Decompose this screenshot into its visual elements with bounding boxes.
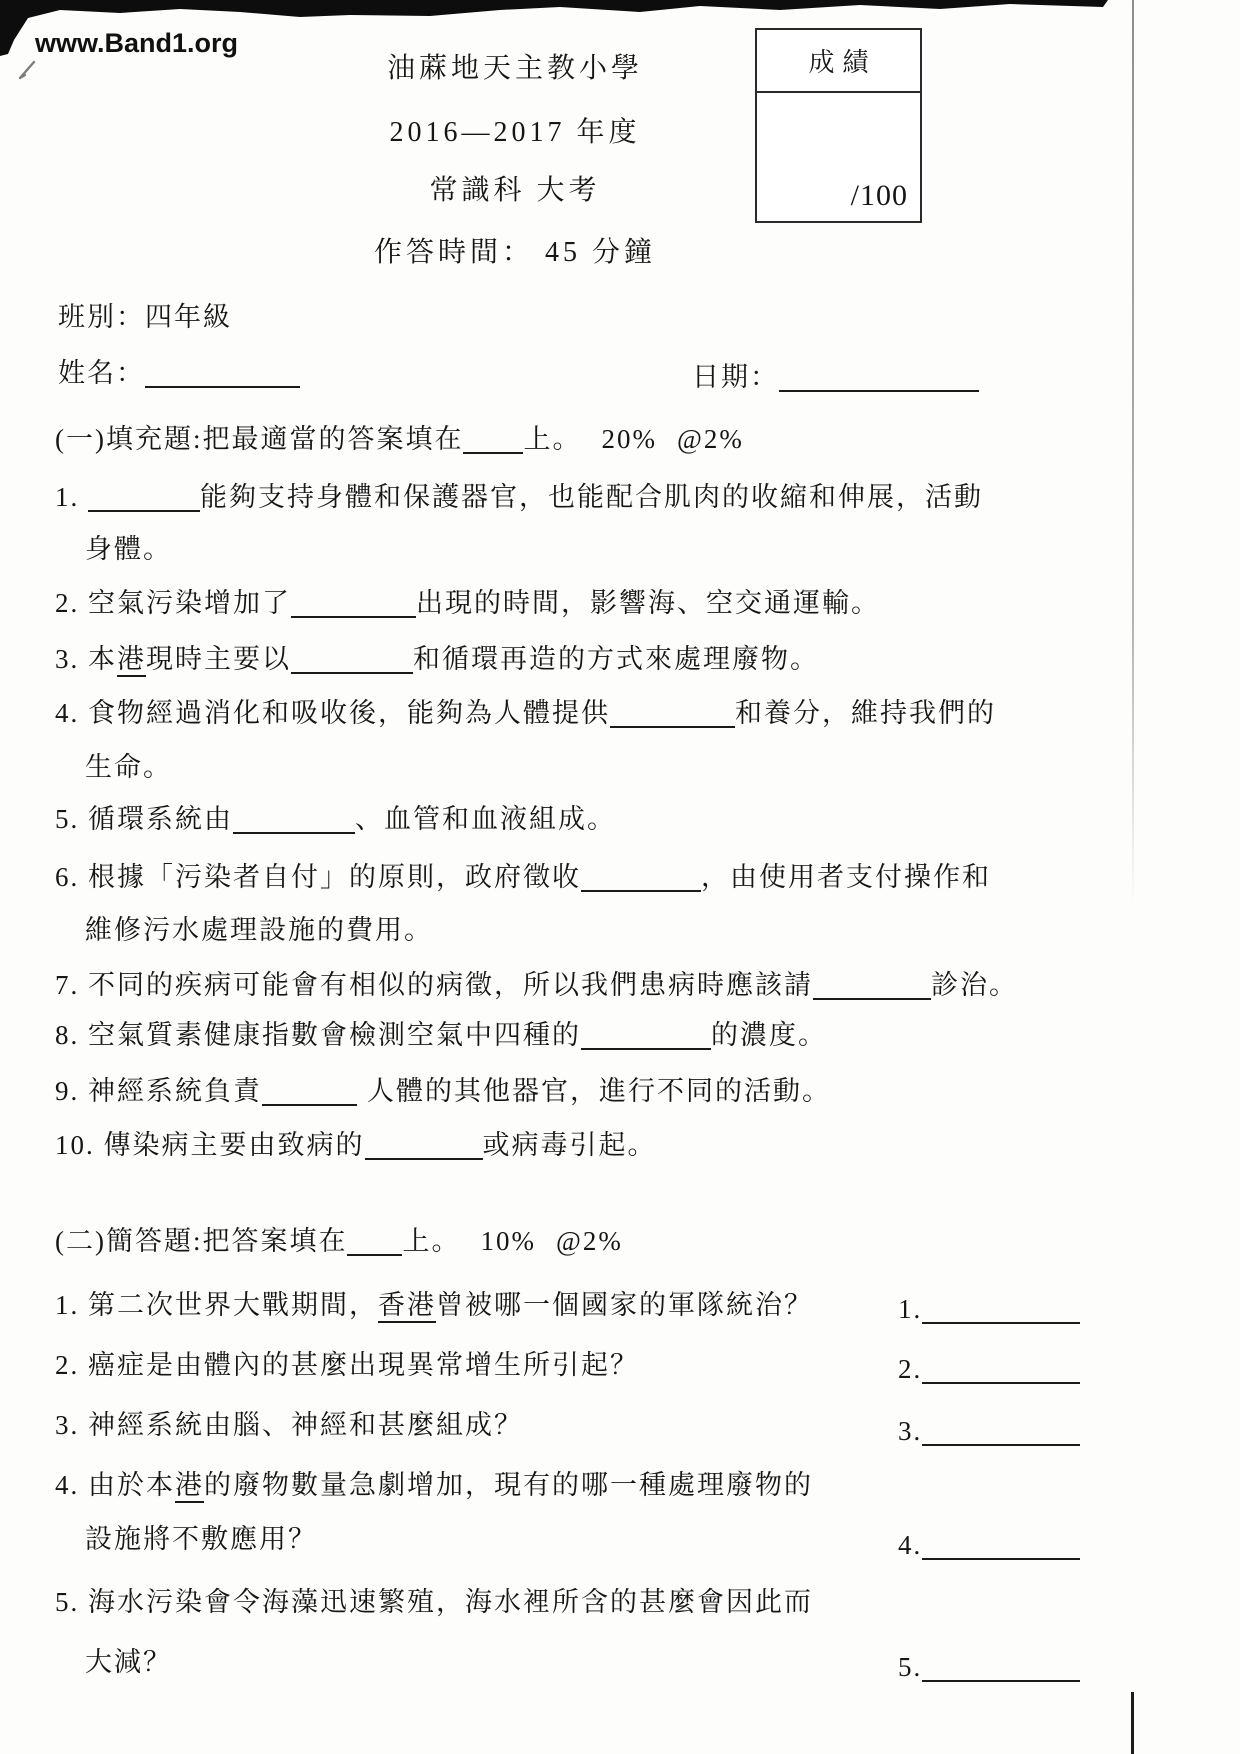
section1-title: (一)填充題:把最適當的答案填在上。20%@2% (55, 422, 744, 456)
s2-answer-5: 5. (898, 1650, 1080, 1684)
s1-q5: 5. 循環系統由、血管和血液組成。 (55, 802, 616, 836)
s1-q4-line2: 生命。 (85, 750, 172, 784)
school-year: 2016—2017 年度 (320, 110, 710, 150)
exam-title: 常識科 大考 (320, 168, 710, 208)
s1-q2: 2. 空氣污染增加了出現的時間，影響海、空交通運輸。 (55, 586, 880, 620)
scan-line-bottom-right (1131, 1692, 1134, 1754)
s2-q4-line1: 4. 由於本港的廢物數量急劇增加，現有的哪一種處理廢物的 (55, 1468, 813, 1502)
s1-q4-line1: 4. 食物經過消化和吸收後，能夠為人體提供和養分，維持我們的 (55, 696, 996, 730)
s1-q7: 7. 不同的疾病可能會有相似的病徵，所以我們患病時應該請診治。 (55, 968, 1018, 1002)
exam-paper-page: www.Band1.org 油蔴地天主教小學 2016—2017 年度 常識科 … (0, 0, 1240, 1754)
s2-answer-4: 4. (898, 1528, 1080, 1562)
date-field: 日期： (692, 360, 979, 394)
section2-title: (二)簡答題:把答案填在上。10%@2% (55, 1224, 623, 1258)
s2-q2: 2. 癌症是由體內的甚麼出現異常增生所引起？ (55, 1348, 639, 1382)
exam-duration: 作答時間： 45 分鐘 (320, 230, 710, 270)
s1-q6-line1: 6. 根據「污染者自付」的原則，政府徵收，由使用者支付操作和 (55, 860, 991, 894)
s2-q3: 3. 神經系統由腦、神經和甚麼組成？ (55, 1408, 523, 1442)
s2-q5-line2: 大減？ (85, 1645, 172, 1679)
class-label: 班別：四年級 (58, 300, 232, 334)
score-box-label: 成績 (757, 30, 920, 93)
s2-answer-1: 1. (898, 1292, 1080, 1326)
s2-q1: 1. 第二次世界大戰期間，香港曾被哪一個國家的軍隊統治？ (55, 1288, 813, 1322)
school-name: 油蔴地天主教小學 (320, 46, 710, 86)
watermark-url: www.Band1.org (35, 28, 238, 59)
s1-q9: 9. 神經系統負責人體的其他器官，進行不同的活動。 (55, 1074, 831, 1108)
s1-q1-line1: 1. 能夠支持身體和保護器官，也能配合肌肉的收縮和伸展，活動 (55, 480, 983, 514)
s2-answer-2: 2. (898, 1352, 1080, 1386)
s2-q5-line1: 5. 海水污染會令海藻迅速繁殖，海水裡所含的甚麼會因此而 (55, 1585, 813, 1619)
s2-q4-line2: 設施將不敷應用？ (85, 1522, 317, 1556)
s1-q3: 3. 本港現時主要以和循環再造的方式來處理廢物。 (55, 642, 819, 676)
score-box-field: /100 (757, 93, 920, 219)
s1-q10: 10. 傳染病主要由致病的或病毒引起。 (55, 1128, 657, 1162)
s1-q6-line2: 維修污水處理設施的費用。 (85, 913, 433, 947)
score-box: 成績 /100 (755, 28, 922, 223)
s1-q1-line2: 身體。 (85, 532, 172, 566)
score-box-total: /100 (851, 179, 908, 213)
exam-header: 油蔴地天主教小學 2016—2017 年度 常識科 大考 作答時間： 45 分鐘 (320, 0, 710, 280)
s1-q8: 8. 空氣質素健康指數會檢測空氣中四種的的濃度。 (55, 1018, 827, 1052)
s2-answer-3: 3. (898, 1414, 1080, 1448)
name-field: 姓名： (58, 356, 300, 390)
scan-line-right (1132, 0, 1134, 905)
